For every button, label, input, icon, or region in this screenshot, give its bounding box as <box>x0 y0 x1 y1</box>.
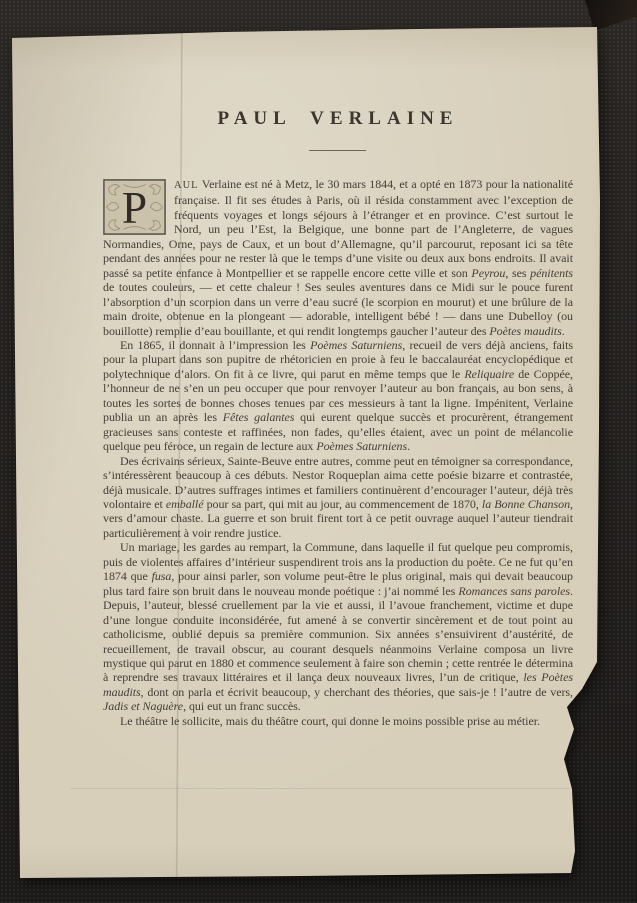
italic-run: Jadis et Naguère <box>103 699 183 713</box>
text-run: Verlaine est né à Metz, le 30 mars 1844,… <box>103 177 573 280</box>
text-run: . Depuis, l’auteur, blessé cruellement p… <box>103 584 573 685</box>
italic-run: Fêtes galantes <box>223 410 295 424</box>
page-title: PAUL VERLAINE <box>103 108 573 130</box>
body-text: PAUL Verlaine est né à Metz, le 30 mars … <box>103 177 573 728</box>
italic-run: pénitents <box>530 266 573 280</box>
italic-run: Romances sans paroles <box>458 584 570 598</box>
italic-run: fusa <box>152 569 172 583</box>
text-run: Le théâtre le sollicite, mais du théâtre… <box>120 714 540 728</box>
paragraph: Le théâtre le sollicite, mais du théâtre… <box>103 714 573 728</box>
italic-run: Poètes maudits <box>489 324 561 338</box>
italic-run: Poèmes Saturniens <box>316 439 407 453</box>
italic-run: emballé <box>166 497 204 511</box>
text-run: pour sa part, qui mit au jour, au commen… <box>204 497 482 511</box>
paragraph: En 1865, il donnait à l’impression les P… <box>103 338 573 454</box>
page-crease-horizontal <box>70 788 570 790</box>
page-shadow: PAUL VERLAINE PAUL Verlaine est né à Met… <box>0 0 637 903</box>
italic-run: Peyrou <box>471 266 505 280</box>
text-run: , qui eut un franc succès. <box>183 699 301 713</box>
svg-text:P: P <box>122 182 147 233</box>
text-run: . <box>407 439 410 453</box>
paragraph: PAUL Verlaine est né à Metz, le 30 mars … <box>103 177 573 338</box>
italic-run: Poèmes Saturniens <box>310 338 402 352</box>
paragraph: Des écrivains sérieux, Sainte-Beuve entr… <box>103 454 573 541</box>
italic-run: Reliquaire <box>464 367 514 381</box>
dropcap-initial: P <box>103 179 166 235</box>
leading-capitals: AUL <box>174 180 199 191</box>
paragraph: Un mariage, les gardes au rempart, la Co… <box>103 540 573 713</box>
title-divider <box>309 150 366 151</box>
text-run: , ses <box>505 266 530 280</box>
italic-run: la Bonne Chanson <box>482 497 570 511</box>
text-run: En 1865, il donnait à l’impression les <box>120 338 310 352</box>
text-run: , dont on parla et écrivit beaucoup, y c… <box>141 685 573 699</box>
scanned-page: PAUL VERLAINE PAUL Verlaine est né à Met… <box>0 0 637 903</box>
photo-backdrop: PAUL VERLAINE PAUL Verlaine est né à Met… <box>0 0 637 903</box>
text-run: . <box>562 324 565 338</box>
